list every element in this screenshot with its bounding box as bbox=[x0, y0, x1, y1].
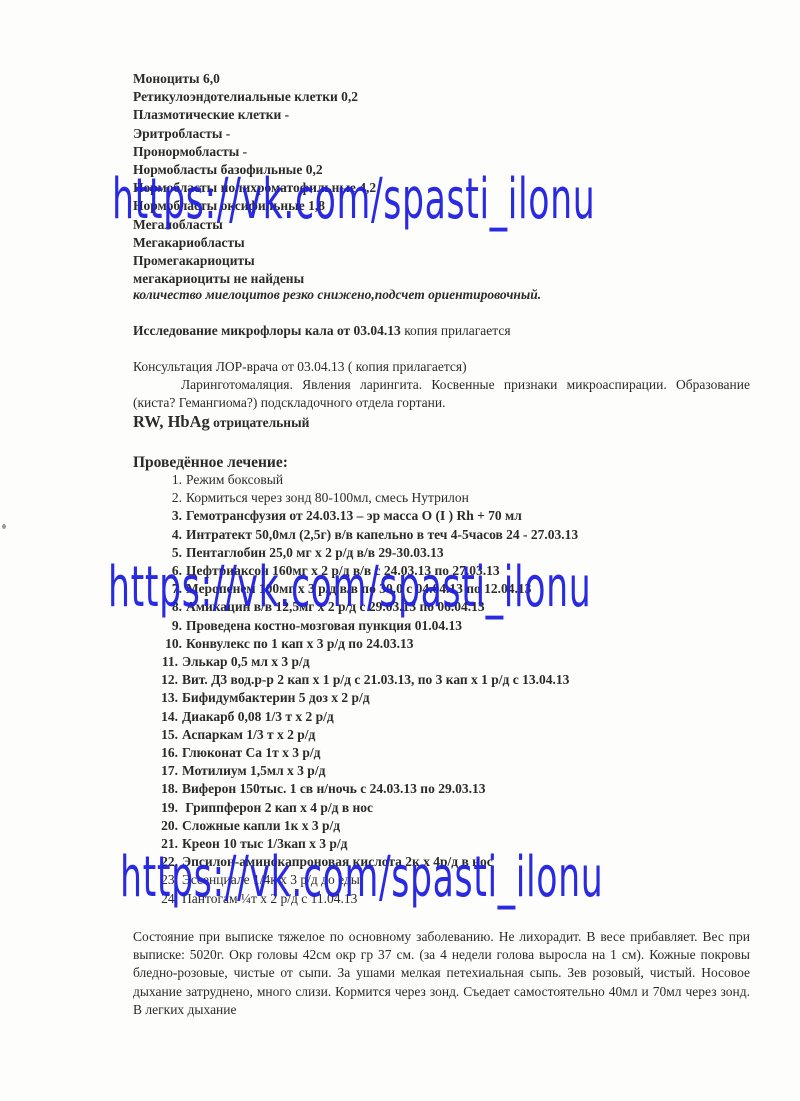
stool-study-note: копия прилагается bbox=[401, 323, 511, 338]
rw-hbag-label: RW, HbAg bbox=[133, 412, 210, 431]
treatment-item-number: 2. bbox=[160, 489, 182, 507]
ent-consult-title: Консультация ЛОР-врача от 03.04.13 ( коп… bbox=[133, 358, 467, 376]
myelocyte-note: количество миелоцитов резко снижено,подс… bbox=[133, 286, 541, 304]
treatment-item: 18.Виферон 150тыс. 1 св н/ночь с 24.03.1… bbox=[160, 780, 578, 798]
treatment-item-text: Диакарб 0,08 1/3 т х 2 р/д bbox=[182, 709, 334, 724]
treatment-item: 1.Режим боксовый bbox=[160, 471, 578, 489]
treatment-item-number: 14. bbox=[160, 708, 178, 726]
treatment-item-text: Режим боксовый bbox=[186, 472, 283, 487]
discharge-state-paragraph: Состояние при выписке тяжелое по основно… bbox=[133, 928, 750, 1019]
treatment-item-number: 17. bbox=[160, 762, 178, 780]
marrow-count-line: Пронормобласты - bbox=[133, 143, 247, 161]
treatment-item: 14.Диакарб 0,08 1/3 т х 2 р/д bbox=[160, 708, 578, 726]
treatment-item: 16.Глюконат Са 1т х 3 р/д bbox=[160, 744, 578, 762]
watermark-link: https://vk.com/spasti_ilonu bbox=[112, 172, 595, 228]
rw-hbag-result: RW, HbAg отрицательный bbox=[133, 412, 309, 432]
treatment-item-number: 13. bbox=[160, 689, 178, 707]
treatment-item-number: 15. bbox=[160, 726, 178, 744]
marrow-count-line: Эритробласты - bbox=[133, 125, 230, 143]
stool-study-title: Исследование микрофлоры кала от 03.04.13 bbox=[133, 323, 401, 338]
treatment-item-number: 3. bbox=[160, 507, 182, 525]
treatment-item: 2.Кормиться через зонд 80-100мл, смесь Н… bbox=[160, 489, 578, 507]
treatment-item: 11.Элькар 0,5 мл х 3 р/д bbox=[160, 653, 578, 671]
treatment-item: 15.Аспаркам 1/3 т х 2 р/д bbox=[160, 726, 578, 744]
treatment-item-number: 20. bbox=[160, 817, 178, 835]
treatment-item-text: Вит. Д3 вод.р-р 2 кап х 1 р/д с 21.03.13… bbox=[182, 672, 569, 687]
treatment-item-number: 12. bbox=[160, 671, 178, 689]
treatment-item: 10.Конвулекс по 1 кап х 3 р/д по 24.03.1… bbox=[160, 635, 578, 653]
treatment-item: 13.Бифидумбактерин 5 доз х 2 р/д bbox=[160, 689, 578, 707]
treatment-item-text: Мотилиум 1,5мл х 3 р/д bbox=[182, 763, 325, 778]
marrow-count-line: Промегакариоциты bbox=[133, 252, 255, 270]
treatment-heading: Проведённое лечение: bbox=[133, 454, 288, 472]
treatment-item-text: Сложные капли 1к х 3 р/д bbox=[182, 818, 340, 833]
treatment-item: 19. Гриппферон 2 кап х 4 р/д в нос bbox=[160, 799, 578, 817]
watermark-link: https://vk.com/spasti_ilonu bbox=[108, 560, 591, 616]
treatment-item-number: 4. bbox=[160, 526, 182, 544]
treatment-item-text: Аспаркам 1/3 т х 2 р/д bbox=[182, 727, 315, 742]
treatment-item: 17.Мотилиум 1,5мл х 3 р/д bbox=[160, 762, 578, 780]
treatment-item-text: Гриппферон 2 кап х 4 р/д в нос bbox=[182, 800, 373, 815]
treatment-item-number: 10. bbox=[160, 635, 182, 653]
treatment-item-text: Кормиться через зонд 80-100мл, смесь Нут… bbox=[186, 490, 469, 505]
treatment-item-text: Глюконат Са 1т х 3 р/д bbox=[182, 745, 320, 760]
marrow-count-line: Плазмотические клетки - bbox=[133, 106, 289, 124]
ent-consult-text: Ларинготомаляция. Явления ларингита. Кос… bbox=[133, 376, 750, 412]
treatment-item-text: Виферон 150тыс. 1 св н/ночь с 24.03.13 п… bbox=[182, 781, 485, 796]
treatment-item-number: 19. bbox=[160, 799, 178, 817]
watermark-link: https://vk.com/spasti_ilonu bbox=[120, 850, 603, 906]
treatment-item-number: 18. bbox=[160, 780, 178, 798]
treatment-item-text: Элькар 0,5 мл х 3 р/д bbox=[182, 654, 310, 669]
treatment-item: 20.Сложные капли 1к х 3 р/д bbox=[160, 817, 578, 835]
treatment-item-text: Бифидумбактерин 5 доз х 2 р/д bbox=[182, 690, 370, 705]
treatment-item-text: Гемотрансфузия от 24.03.13 – эр масса О … bbox=[186, 508, 522, 523]
marrow-count-line: Ретикулоэндотелиальные клетки 0,2 bbox=[133, 88, 358, 106]
scan-speck bbox=[2, 524, 6, 529]
treatment-item-number: 1. bbox=[160, 471, 182, 489]
treatment-item-number: 16. bbox=[160, 744, 178, 762]
scanned-document-page: Моноциты 6,0Ретикулоэндотелиальные клетк… bbox=[0, 0, 800, 1101]
marrow-count-line: Моноциты 6,0 bbox=[133, 70, 220, 88]
treatment-item: 12.Вит. Д3 вод.р-р 2 кап х 1 р/д с 21.03… bbox=[160, 671, 578, 689]
treatment-item: 3.Гемотрансфузия от 24.03.13 – эр масса … bbox=[160, 507, 578, 525]
rw-hbag-value: отрицательный bbox=[210, 415, 310, 430]
marrow-count-line: Мегакариобласты bbox=[133, 234, 245, 252]
treatment-item-text: Интратект 50,0мл (2,5г) в/в капельно в т… bbox=[186, 527, 578, 542]
treatment-item-number: 11. bbox=[160, 653, 178, 671]
treatment-item: 4.Интратект 50,0мл (2,5г) в/в капельно в… bbox=[160, 526, 578, 544]
treatment-item-text: Конвулекс по 1 кап х 3 р/д по 24.03.13 bbox=[186, 636, 413, 651]
stool-study-line: Исследование микрофлоры кала от 03.04.13… bbox=[133, 322, 511, 340]
treatment-list: 1.Режим боксовый2.Кормиться через зонд 8… bbox=[160, 471, 578, 908]
